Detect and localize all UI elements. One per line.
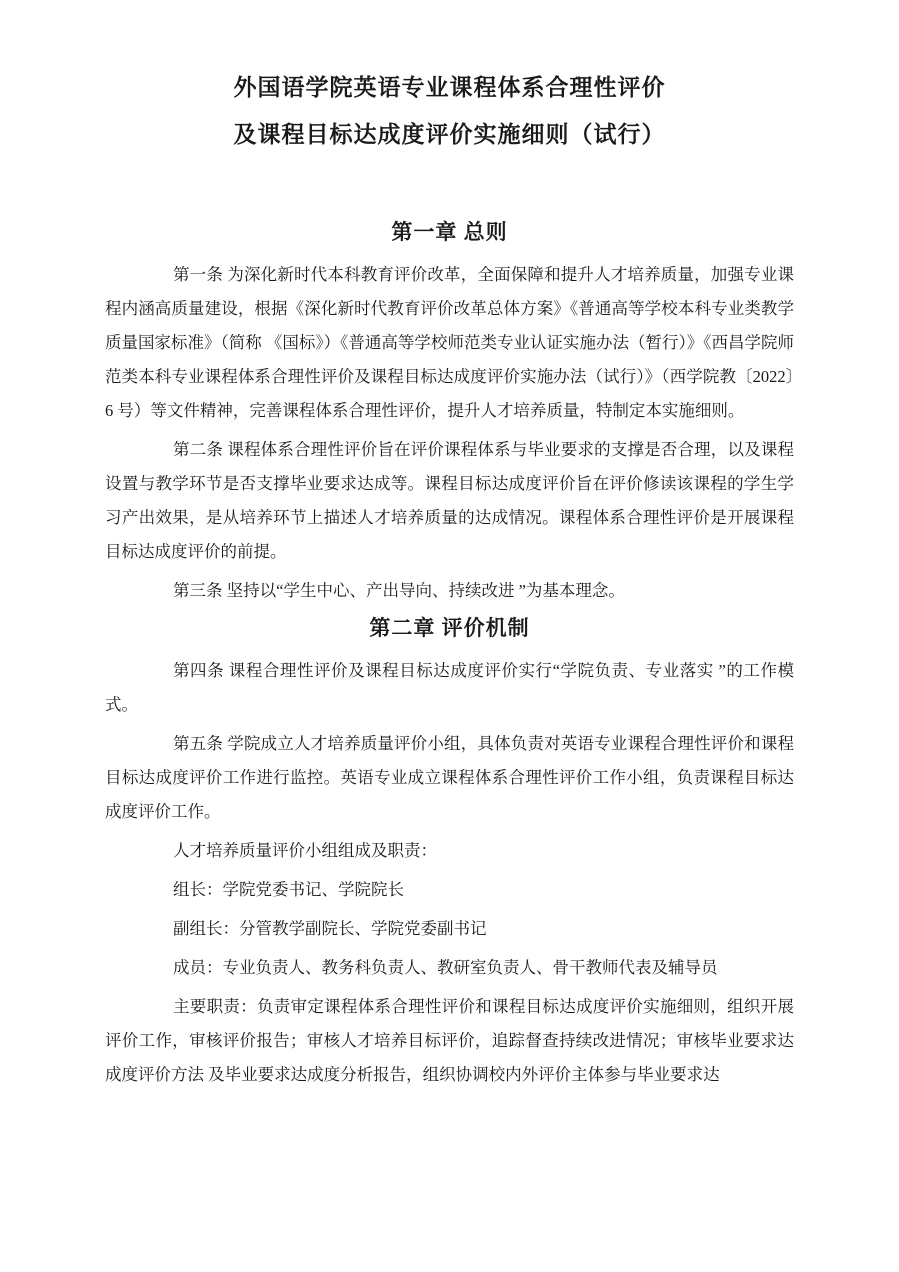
- group-leader-paragraph: 组长：学院党委书记、学院院长: [105, 873, 794, 907]
- document-title-line-1: 外国语学院英语专业课程体系合理性评价: [105, 64, 794, 111]
- clause-4-paragraph: 第四条 课程合理性评价及课程目标达成度评价实行“学院负责、专业落实 ”的工作模式…: [105, 654, 794, 722]
- clause-5-paragraph: 第五条 学院成立人才培养质量评价小组，具体负责对英语专业课程合理性评价和课程目标…: [105, 727, 794, 829]
- chapter-1-heading: 第一章 总则: [105, 214, 794, 250]
- group-duties-intro-paragraph: 人才培养质量评价小组组成及职责：: [105, 834, 794, 868]
- document-page: 外国语学院英语专业课程体系合理性评价 及课程目标达成度评价实施细则（试行） 第一…: [0, 0, 899, 1272]
- group-main-duties-paragraph: 主要职责：负责审定课程体系合理性评价和课程目标达成度评价实施细则，组织开展评价工…: [105, 990, 794, 1092]
- document-title: 外国语学院英语专业课程体系合理性评价 及课程目标达成度评价实施细则（试行）: [105, 64, 794, 158]
- chapter-2-heading: 第二章 评价机制: [105, 610, 794, 646]
- clause-3-paragraph: 第三条 坚持以“学生中心、产出导向、持续改进 ”为基本理念。: [105, 574, 794, 608]
- group-members-paragraph: 成员：专业负责人、教务科负责人、教研室负责人、骨干教师代表及辅导员: [105, 951, 794, 985]
- document-title-line-2: 及课程目标达成度评价实施细则（试行）: [105, 111, 794, 158]
- document-content: 外国语学院英语专业课程体系合理性评价 及课程目标达成度评价实施细则（试行） 第一…: [0, 0, 899, 1092]
- clause-2-paragraph: 第二条 课程体系合理性评价旨在评价课程体系与毕业要求的支撑是否合理，以及课程设置…: [105, 433, 794, 569]
- clause-1-paragraph: 第一条 为深化新时代本科教育评价改革，全面保障和提升人才培养质量，加强专业课程内…: [105, 258, 794, 428]
- group-deputy-leader-paragraph: 副组长：分管教学副院长、学院党委副书记: [105, 912, 794, 946]
